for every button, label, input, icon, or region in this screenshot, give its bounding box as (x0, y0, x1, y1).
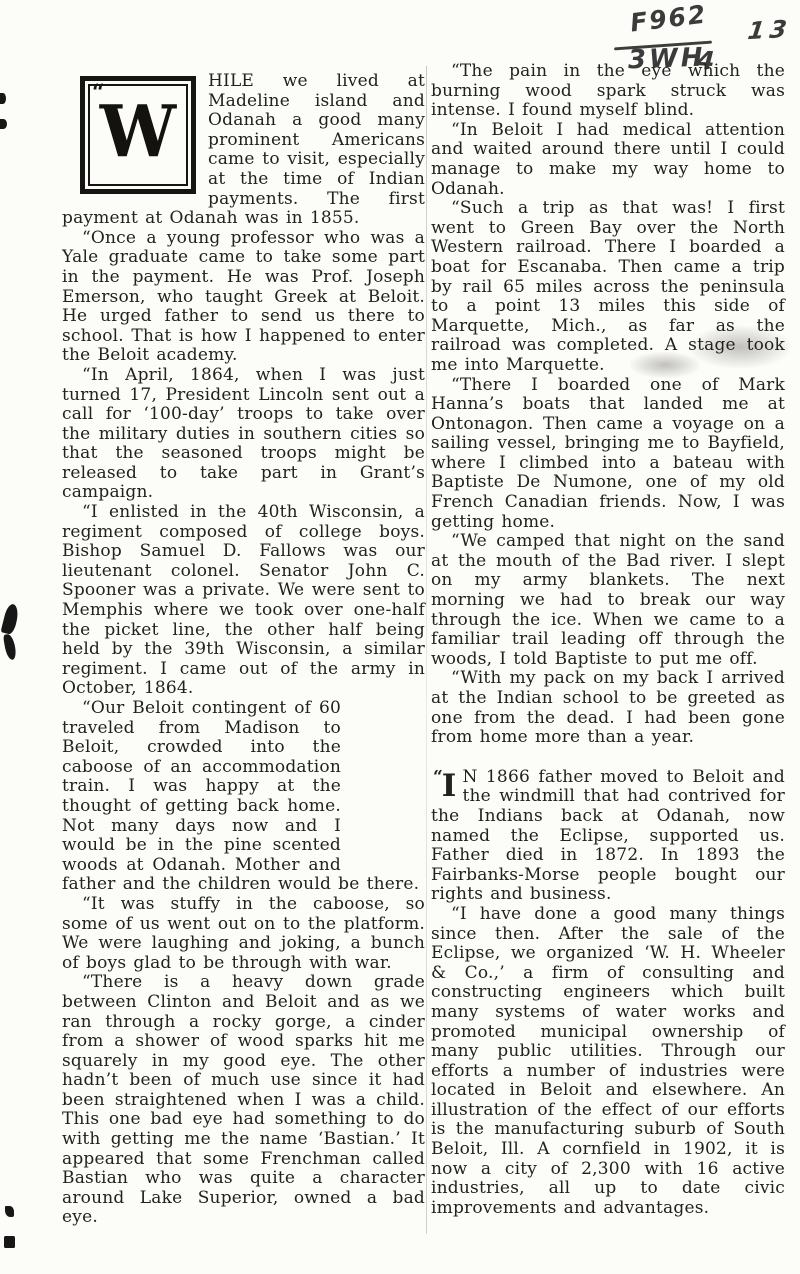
paragraph-text: N 1866 father moved to Beloit and the wi… (431, 767, 785, 905)
dropcap-letter-w: W (100, 123, 177, 144)
handwritten-code-top: F962 (629, 0, 709, 38)
paragraph: “In April, 1864, when I was just turned … (62, 366, 425, 503)
ink-mark (3, 633, 17, 660)
dropcap-letter-i: I (442, 768, 457, 804)
decorative-initial-inner-frame: “W (88, 84, 188, 186)
paragraph: “We camped that night on the sand at the… (431, 532, 785, 669)
ink-mark (4, 1236, 15, 1248)
paragraph: “There I boarded one of Mark Hanna’s boa… (431, 376, 785, 533)
column-divider-rule (426, 66, 427, 1234)
paragraph: “I have done a good many things since th… (431, 905, 785, 1219)
paragraph: “The pain in the eye which the burning w… (431, 62, 785, 121)
decorative-initial-box: “W (80, 76, 196, 194)
paragraph: “Our Beloit contingent of 60 traveled fr… (62, 699, 425, 895)
scanned-newspaper-page: F962 3WH 4 13 “WHILE we lived at Madelin… (0, 0, 800, 1274)
left-column: “WHILE we lived at Madeline island and O… (62, 72, 425, 1228)
dropcap-quote-mark: “ (433, 767, 442, 787)
ink-mark (5, 1206, 14, 1217)
ink-mark (1, 603, 21, 635)
paragraph: “Such a trip as that was! I first went t… (431, 199, 785, 375)
scan-column-gap (341, 699, 425, 856)
paragraph: “There is a heavy down grade between Cli… (62, 973, 425, 1228)
dropcap-i: “I (433, 768, 456, 806)
paragraph: “It was stuffy in the caboose, so some o… (62, 895, 425, 973)
paragraph: “I enlisted in the 40th Wisconsin, a reg… (62, 503, 425, 699)
ink-mark (0, 119, 7, 129)
handwritten-page-number: 13 (746, 15, 793, 45)
section-paragraph: “IN 1866 father moved to Beloit and the … (431, 768, 785, 905)
opening-paragraph: “WHILE we lived at Madeline island and O… (62, 72, 425, 229)
ink-mark (0, 93, 6, 104)
paragraph: “Once a young professor who was a Yale g… (62, 229, 425, 366)
paragraph: “With my pack on my back I arrived at th… (431, 669, 785, 747)
paragraph: “In Beloit I had medical attention and w… (431, 121, 785, 199)
right-column: “The pain in the eye which the burning w… (431, 62, 785, 1218)
